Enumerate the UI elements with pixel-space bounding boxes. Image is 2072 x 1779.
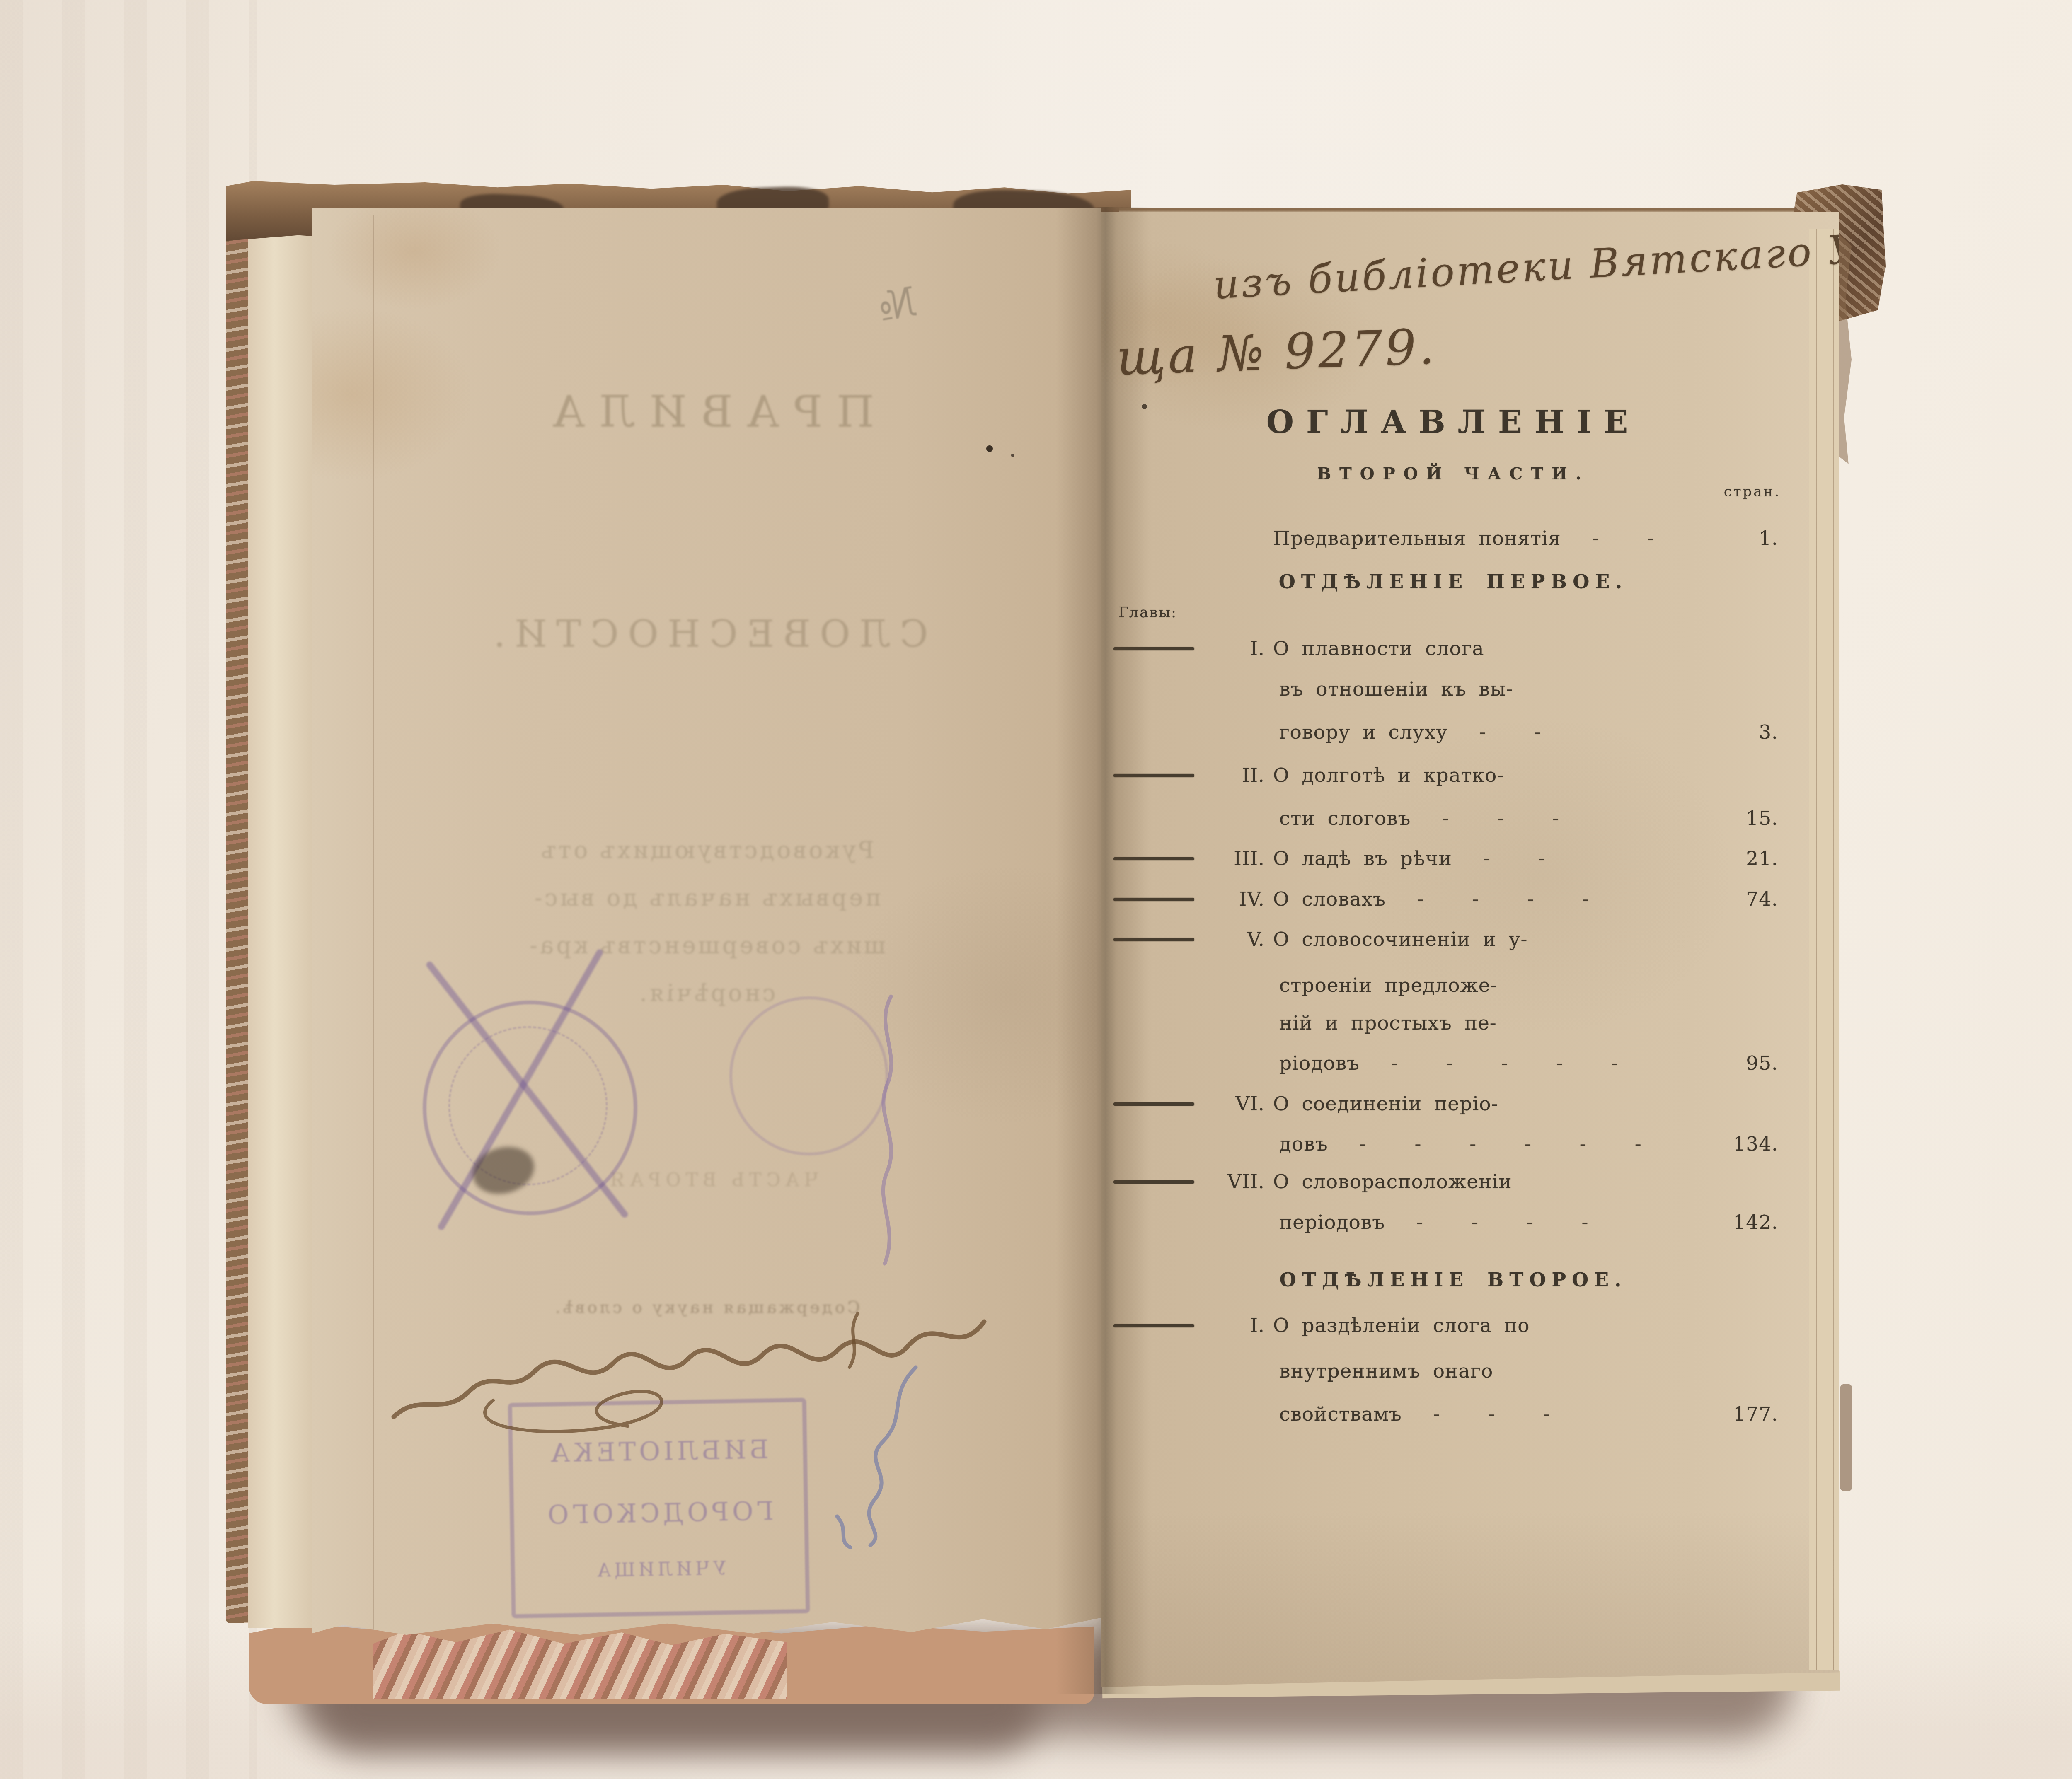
toc-text: Предварительныя понятія bbox=[1273, 527, 1561, 550]
fore-edge-leather-fray bbox=[1840, 1384, 1852, 1491]
toc-line: сти слоговъ - - - 15. bbox=[1113, 796, 1793, 841]
toc-leader-dashes: - - bbox=[1484, 847, 1564, 870]
toc-text: ОТДѢЛЕНІЕ ВТОРОЕ. bbox=[1280, 1269, 1627, 1291]
book-gutter-fold-shadow bbox=[1056, 207, 1151, 1694]
bleedthrough-body-line: шихъ совершенствъ кра- bbox=[312, 932, 1101, 959]
toc-text: О раздѣленіи слога по bbox=[1273, 1314, 1530, 1337]
toc-line: ній и простыхъ пе- bbox=[1113, 1001, 1793, 1046]
toc-page-number: 142. bbox=[1733, 1200, 1778, 1245]
ink-speck bbox=[1011, 454, 1014, 457]
toc-page-number: 95. bbox=[1746, 1041, 1778, 1086]
stamp-text-line: БИБЛІОТЕКА bbox=[547, 1434, 769, 1468]
toc-text: О долготѣ и кратко- bbox=[1273, 764, 1504, 787]
toc-line: II. О долготѣ и кратко- bbox=[1113, 753, 1793, 798]
toc-line: III. О ладѣ въ рѣчи - - 21. bbox=[1113, 836, 1793, 882]
toc-leader-dashes: - - - bbox=[1442, 807, 1577, 830]
mirrored-ink-offset-numero-sign: № bbox=[875, 278, 920, 330]
toc-line: періодовъ - - - - 142. bbox=[1113, 1200, 1793, 1245]
toc-text: сти слоговъ bbox=[1279, 807, 1411, 830]
toc-text: періодовъ bbox=[1279, 1211, 1385, 1234]
toc-leader-dashes: - - - - bbox=[1417, 888, 1607, 911]
left-endpaper-strip bbox=[248, 207, 315, 1628]
toc-line: внутреннимъ онаго bbox=[1113, 1349, 1793, 1394]
chapter-numeral: IV. bbox=[1172, 877, 1265, 922]
toc-text: О соединеніи періо- bbox=[1273, 1093, 1498, 1115]
toc-line: въ отношеніи къ вы- bbox=[1113, 667, 1793, 712]
photo-of-open-antique-book: ПРАВИЛА СЛОВЕСНОСТИ. Руководствующихъ от… bbox=[0, 0, 2072, 1779]
chapter-numeral: II. bbox=[1172, 753, 1265, 798]
toc-text: строеніи предложе- bbox=[1279, 974, 1497, 997]
toc-line: V. О словосочиненіи и у- bbox=[1113, 917, 1793, 962]
chapter-numeral: III. bbox=[1172, 836, 1265, 882]
toc-line: VII. О словорасположеніи bbox=[1113, 1159, 1793, 1205]
toc-text: О ладѣ въ рѣчи bbox=[1273, 847, 1452, 870]
toc-leader-dashes: - - - - - - bbox=[1360, 1133, 1660, 1155]
purple-ink-vertical-scribble bbox=[862, 990, 912, 1280]
fore-edge-page-stack bbox=[1809, 229, 1839, 1670]
toc-leader-dashes: - - - - bbox=[1416, 1211, 1606, 1234]
toc-text: ріодовъ bbox=[1279, 1052, 1360, 1075]
toc-page-number: 74. bbox=[1746, 877, 1778, 922]
toc-leader-dashes: - - - - - bbox=[1391, 1052, 1636, 1075]
toc-text: О словорасположеніи bbox=[1273, 1170, 1512, 1193]
toc-line: говору и слуху - - 3. bbox=[1113, 710, 1793, 755]
chapter-numeral: I. bbox=[1172, 1303, 1265, 1349]
right-page-table-of-contents: изъ библіотеки Вятскаго Учили ща № 9279.… bbox=[1101, 212, 1839, 1687]
chapter-numeral: I. bbox=[1172, 626, 1265, 672]
toc-text: говору и слуху bbox=[1279, 721, 1448, 744]
left-page: ПРАВИЛА СЛОВЕСНОСТИ. Руководствующихъ от… bbox=[312, 208, 1101, 1638]
bleedthrough-body-line: снорѣчія. bbox=[312, 980, 1101, 1007]
blue-ink-scribble bbox=[812, 1359, 937, 1549]
toc-page-number: 21. bbox=[1746, 836, 1778, 882]
toc-line: IV. О словахъ - - - - 74. bbox=[1113, 877, 1793, 922]
left-cover-marbled-edge bbox=[226, 194, 251, 1623]
toc-text: свойствамъ bbox=[1279, 1403, 1402, 1426]
toc-line: ОТДѢЛЕНІЕ ВТОРОЕ. bbox=[1113, 1257, 1793, 1303]
toc-page-number: 1. bbox=[1759, 516, 1778, 561]
stamp-text-line: ГОРОДСКОГО bbox=[544, 1496, 774, 1530]
toc-line: ріодовъ - - - - - 95. bbox=[1113, 1041, 1793, 1086]
toc-leader-dashes: - - bbox=[1479, 721, 1559, 744]
ink-speck bbox=[986, 445, 993, 452]
toc-page-number: 15. bbox=[1746, 796, 1778, 841]
toc-text: внутреннимъ онаго bbox=[1279, 1360, 1493, 1383]
background-left-streaks bbox=[0, 0, 257, 1779]
table-of-contents: Предварительныя понятія - - 1. ОТДѢЛЕНІЕ… bbox=[1113, 212, 1801, 1687]
toc-line: I. О плавности слога bbox=[1113, 626, 1793, 672]
bleedthrough-part-line: ЧАСТЬ ВТОРАЯ. bbox=[312, 1170, 1101, 1191]
bleedthrough-title-pravila: ПРАВИЛА bbox=[312, 387, 1101, 437]
chapter-numeral: VI. bbox=[1172, 1081, 1265, 1127]
toc-page-number: 177. bbox=[1733, 1392, 1778, 1437]
chapter-numeral: VII. bbox=[1172, 1159, 1265, 1205]
toc-line: VI. О соединеніи періо- bbox=[1113, 1081, 1793, 1127]
toc-text: О словахъ bbox=[1273, 888, 1386, 911]
chapter-numeral: V. bbox=[1172, 917, 1265, 962]
toc-leader-dashes: - - bbox=[1593, 527, 1673, 550]
ink-speck bbox=[1677, 251, 1681, 255]
toc-line: I. О раздѣленіи слога по bbox=[1113, 1303, 1793, 1349]
bleedthrough-title-slovesnosti: СЛОВЕСНОСТИ. bbox=[312, 612, 1101, 656]
bleedthrough-body-line: первыхъ началъ до выс- bbox=[312, 885, 1101, 911]
toc-page-number: 3. bbox=[1759, 710, 1778, 755]
toc-text: О словосочиненіи и у- bbox=[1273, 928, 1527, 951]
stamp-text-line: УЧИЛИЩА bbox=[594, 1558, 726, 1581]
bleedthrough-body-line: Руководствующихъ отъ bbox=[312, 837, 1101, 864]
toc-leader-dashes: - - - bbox=[1433, 1403, 1569, 1426]
toc-line: Предварительныя понятія - - 1. bbox=[1113, 516, 1793, 561]
toc-text: О плавности слога bbox=[1273, 637, 1484, 660]
toc-text: въ отношеніи къ вы- bbox=[1279, 678, 1513, 701]
toc-line: свойствамъ - - - 177. bbox=[1113, 1392, 1793, 1437]
toc-text: ній и простыхъ пе- bbox=[1279, 1012, 1497, 1035]
toc-text: довъ bbox=[1279, 1133, 1328, 1155]
